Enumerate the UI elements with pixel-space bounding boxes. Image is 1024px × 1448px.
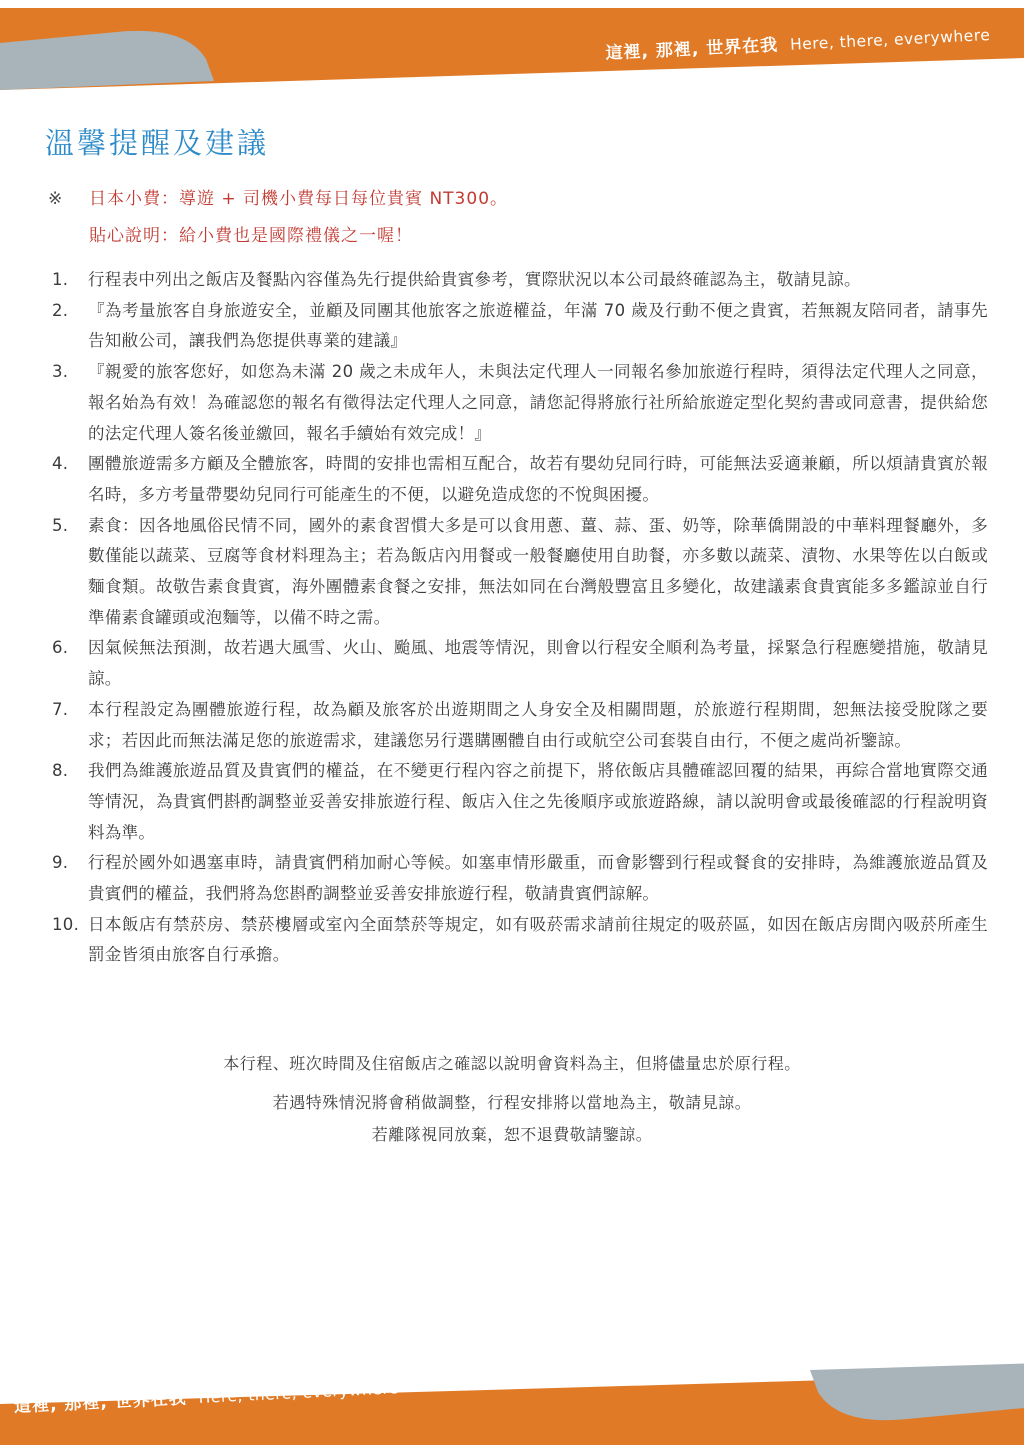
notice-text: 我們為維護旅遊品質及貴賓們的權益，在不變更行程內容之前提下，將依飯店具體確認回覆… bbox=[88, 761, 988, 841]
notice-text: 行程表中列出之飯店及餐點內容僅為先行提供給貴賓參考，實際狀況以本公司最終確認為主… bbox=[88, 270, 861, 289]
list-item: 7. 本行程設定為團體旅遊行程，故為顧及旅客於出遊期間之人身安全及相關問題，於旅… bbox=[52, 695, 988, 756]
closing-note-2: 若遇特殊情況將會稍做調整，行程安排將以當地為主，敬請見諒。 bbox=[0, 1092, 1024, 1113]
document-page: 這裡, 那裡, 世界在我Here, there, everywhere 溫馨提醒… bbox=[0, 0, 1024, 1448]
notice-list: 1. 行程表中列出之飯店及餐點內容僅為先行提供給貴賓參考，實際狀況以本公司最終確… bbox=[52, 265, 988, 971]
tip-marker: ※ bbox=[48, 181, 89, 218]
notice-text: 行程於國外如遇塞車時，請貴賓們稍加耐心等候。如塞車情形嚴重，而會影響到行程或餐食… bbox=[88, 853, 988, 903]
list-item: 2. 『為考量旅客自身旅遊安全，並顧及同團其他旅客之旅遊權益，年滿 70 歲及行… bbox=[52, 296, 988, 357]
notice-number: 1. bbox=[52, 265, 68, 296]
notice-number: 9. bbox=[52, 848, 68, 879]
list-item: 4. 團體旅遊需多方顧及全體旅客，時間的安排也需相互配合，故若有嬰幼兒同行時，可… bbox=[52, 449, 988, 510]
notice-text: 素食：因各地風俗民情不同，國外的素食習慣大多是可以食用蔥、薑、蒜、蛋、奶等，除華… bbox=[88, 516, 988, 627]
tip-line-1: 日本小費：導遊 + 司機小費每日每位貴賓 NT300。 bbox=[89, 181, 508, 218]
notice-number: 8. bbox=[52, 756, 68, 787]
list-item: 5. 素食：因各地風俗民情不同，國外的素食習慣大多是可以食用蔥、薑、蒜、蛋、奶等… bbox=[52, 511, 988, 634]
notice-number: 10. bbox=[52, 910, 79, 941]
notice-text: 因氣候無法預測，故若遇大風雪、火山、颱風、地震等情況，則會以行程安全順利為考量，… bbox=[88, 638, 988, 688]
tip-line-2: 貼心說明：給小費也是國際禮儀之一喔！ bbox=[89, 218, 508, 255]
list-item: 8. 我們為維護旅遊品質及貴賓們的權益，在不變更行程內容之前提下，將依飯店具體確… bbox=[52, 756, 988, 848]
closing-note-1: 本行程、班次時間及住宿飯店之確認以說明會資料為主，但將儘量忠於原行程。 bbox=[0, 1053, 1024, 1074]
notice-number: 5. bbox=[52, 511, 68, 542]
notice-text: 日本飯店有禁菸房、禁菸樓層或室內全面禁菸等規定，如有吸菸需求請前往規定的吸菸區，… bbox=[88, 915, 988, 965]
notice-text: 『為考量旅客自身旅遊安全，並顧及同團其他旅客之旅遊權益，年滿 70 歲及行動不便… bbox=[88, 301, 988, 351]
notice-text: 『親愛的旅客您好，如您為未滿 20 歲之未成年人，未與法定代理人一同報名參加旅遊… bbox=[88, 362, 988, 442]
notice-number: 3. bbox=[52, 357, 68, 388]
list-item: 10. 日本飯店有禁菸房、禁菸樓層或室內全面禁菸等規定，如有吸菸需求請前往規定的… bbox=[52, 910, 988, 971]
list-item: 1. 行程表中列出之飯店及餐點內容僅為先行提供給貴賓參考，實際狀況以本公司最終確… bbox=[52, 265, 988, 296]
list-item: 6. 因氣候無法預測，故若遇大風雪、火山、颱風、地震等情況，則會以行程安全順利為… bbox=[52, 633, 988, 694]
notice-text: 本行程設定為團體旅遊行程，故為顧及旅客於出遊期間之人身安全及相關問題，於旅遊行程… bbox=[88, 700, 988, 750]
notice-text: 團體旅遊需多方顧及全體旅客，時間的安排也需相互配合，故若有嬰幼兒同行時，可能無法… bbox=[88, 454, 988, 504]
notice-number: 7. bbox=[52, 695, 68, 726]
tip-note: ※ 日本小費：導遊 + 司機小費每日每位貴賓 NT300。 貼心說明：給小費也是… bbox=[48, 181, 508, 255]
notice-number: 2. bbox=[52, 296, 68, 327]
notice-number: 6. bbox=[52, 633, 68, 664]
notice-number: 4. bbox=[52, 449, 68, 480]
list-item: 9. 行程於國外如遇塞車時，請貴賓們稍加耐心等候。如塞車情形嚴重，而會影響到行程… bbox=[52, 848, 988, 909]
closing-notes: 本行程、班次時間及住宿飯店之確認以說明會資料為主，但將儘量忠於原行程。 若遇特殊… bbox=[0, 1053, 1024, 1145]
closing-note-3: 若離隊視同放棄，恕不退費敬請鑒諒。 bbox=[0, 1124, 1024, 1145]
page-title: 溫馨提醒及建議 bbox=[45, 121, 269, 162]
list-item: 3. 『親愛的旅客您好，如您為未滿 20 歲之未成年人，未與法定代理人一同報名參… bbox=[52, 357, 988, 449]
